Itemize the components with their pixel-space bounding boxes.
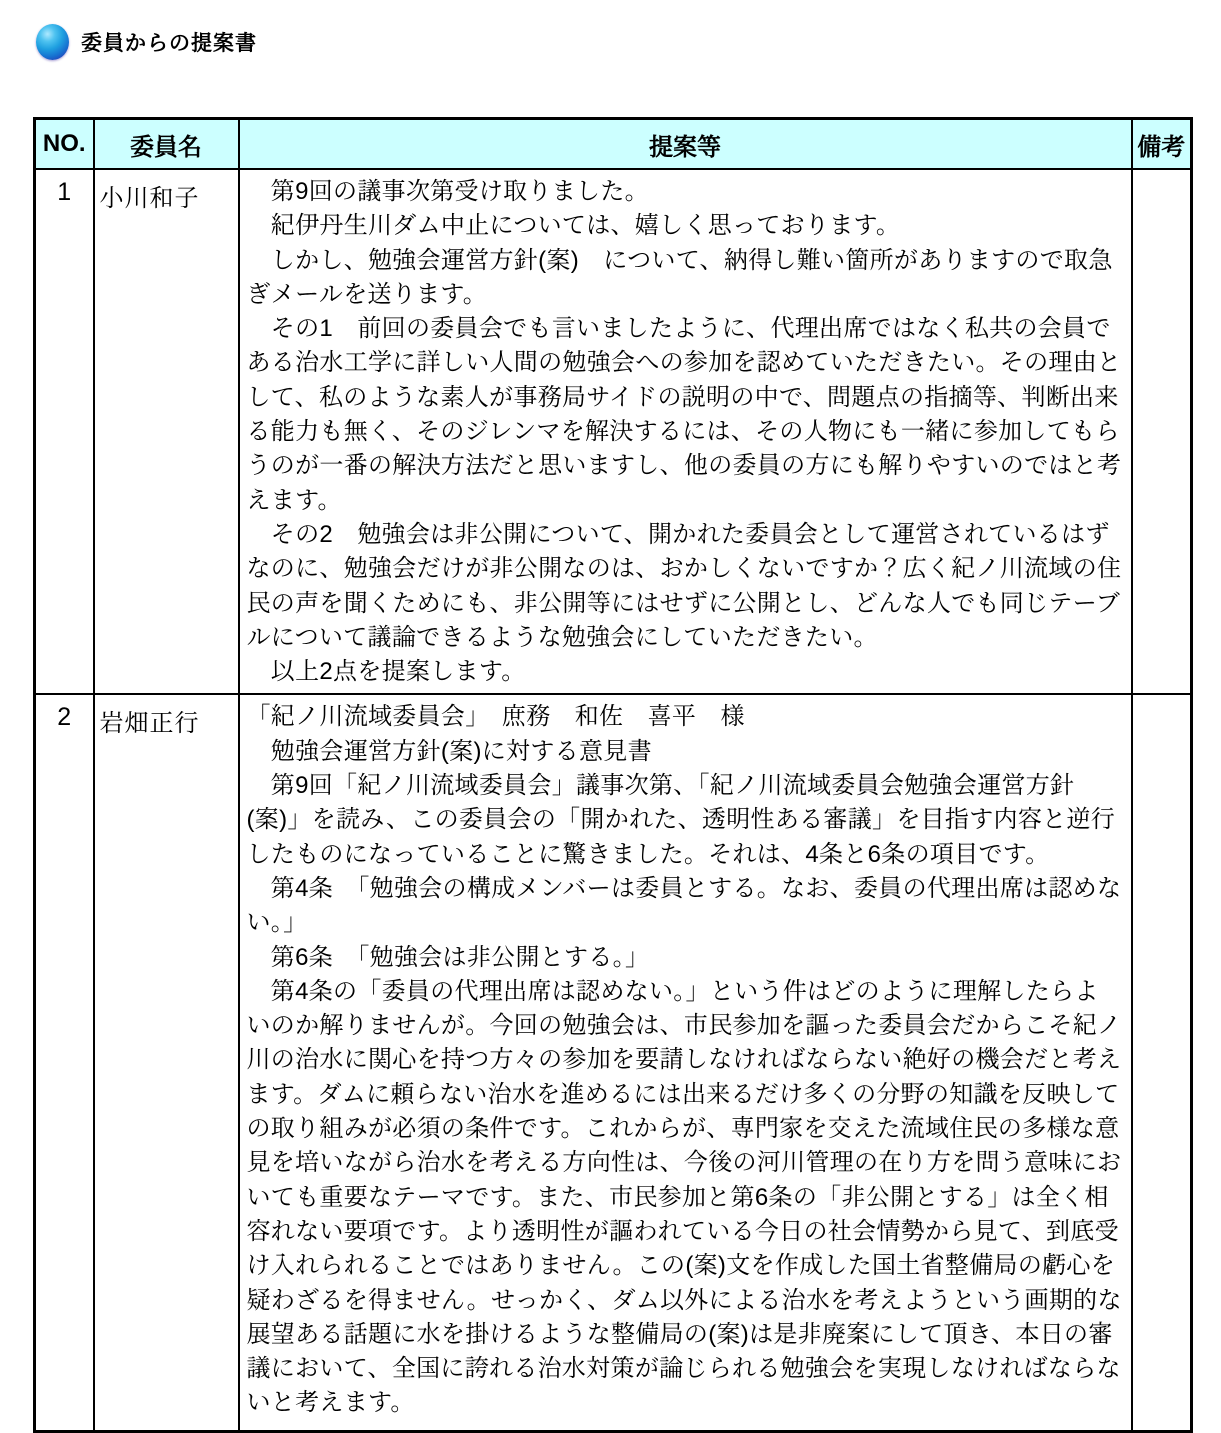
col-header-no: NO. xyxy=(35,119,94,170)
paragraph: 紀伊丹生川ダム中止については、嬉しく思っております。 xyxy=(247,209,1123,243)
paragraph: しかし、勉強会運営方針(案) について、納得し難い箇所がありますので取急ぎメール… xyxy=(247,244,1123,313)
paragraph: 第6条 「勉強会は非公開とする。」 xyxy=(247,941,1123,975)
table-row: 2 岩畑正行 「紀ノ川流域委員会」 庶務 和佐 喜平 様 勉強会運営方針(案)に… xyxy=(35,694,1192,1431)
sphere-bullet-icon xyxy=(36,24,69,60)
paragraph: その1 前回の委員会でも言いましたように、代理出席ではなく私共の会員である治水工… xyxy=(247,312,1123,518)
paragraph: 以上2点を提案します。 xyxy=(247,655,1123,689)
col-header-proposal: 提案等 xyxy=(239,119,1132,170)
table-row: 1 小川和子 第9回の議事次第受け取りました。 紀伊丹生川ダム中止については、嬉… xyxy=(35,169,1192,694)
paragraph: 第9回「紀ノ川流域委員会」議事次第、「紀ノ川流域委員会勉強会運営方針(案)」を読… xyxy=(247,769,1123,872)
page: 委員からの提案書 NO. 委員名 提案等 備考 1 小川和子 第9回の議事次第受… xyxy=(0,0,1221,1433)
proposal-text: 第9回の議事次第受け取りました。 紀伊丹生川ダム中止については、嬉しく思っており… xyxy=(239,169,1132,694)
paragraph: 第4条の「委員の代理出席は認めない。」という件はどのように理解したらよいのか解り… xyxy=(247,975,1123,1421)
paragraph: 第9回の議事次第受け取りました。 xyxy=(247,175,1123,209)
member-name: 小川和子 xyxy=(94,169,239,694)
row-number: 2 xyxy=(35,694,94,1431)
page-header: 委員からの提案書 xyxy=(36,24,257,60)
col-header-remarks: 備考 xyxy=(1132,119,1192,170)
member-name: 岩畑正行 xyxy=(94,694,239,1431)
row-number: 1 xyxy=(35,169,94,694)
paragraph: 「紀ノ川流域委員会」 庶務 和佐 喜平 様 xyxy=(247,700,1123,734)
page-title: 委員からの提案書 xyxy=(81,27,257,57)
paragraph: 第4条 「勉強会の構成メンバーは委員とする。なお、委員の代理出席は認めない。」 xyxy=(247,872,1123,941)
remarks-cell xyxy=(1132,169,1192,694)
proposal-text: 「紀ノ川流域委員会」 庶務 和佐 喜平 様 勉強会運営方針(案)に対する意見書 … xyxy=(239,694,1132,1431)
paragraph: その2 勉強会は非公開について、開かれた委員会として運営されているはずなのに、勉… xyxy=(247,518,1123,655)
table-header-row: NO. 委員名 提案等 備考 xyxy=(35,119,1192,170)
col-header-member-name: 委員名 xyxy=(94,119,239,170)
paragraph: 勉強会運営方針(案)に対する意見書 xyxy=(247,735,1123,769)
proposal-table: NO. 委員名 提案等 備考 1 小川和子 第9回の議事次第受け取りました。 紀… xyxy=(33,117,1193,1433)
remarks-cell xyxy=(1132,694,1192,1431)
